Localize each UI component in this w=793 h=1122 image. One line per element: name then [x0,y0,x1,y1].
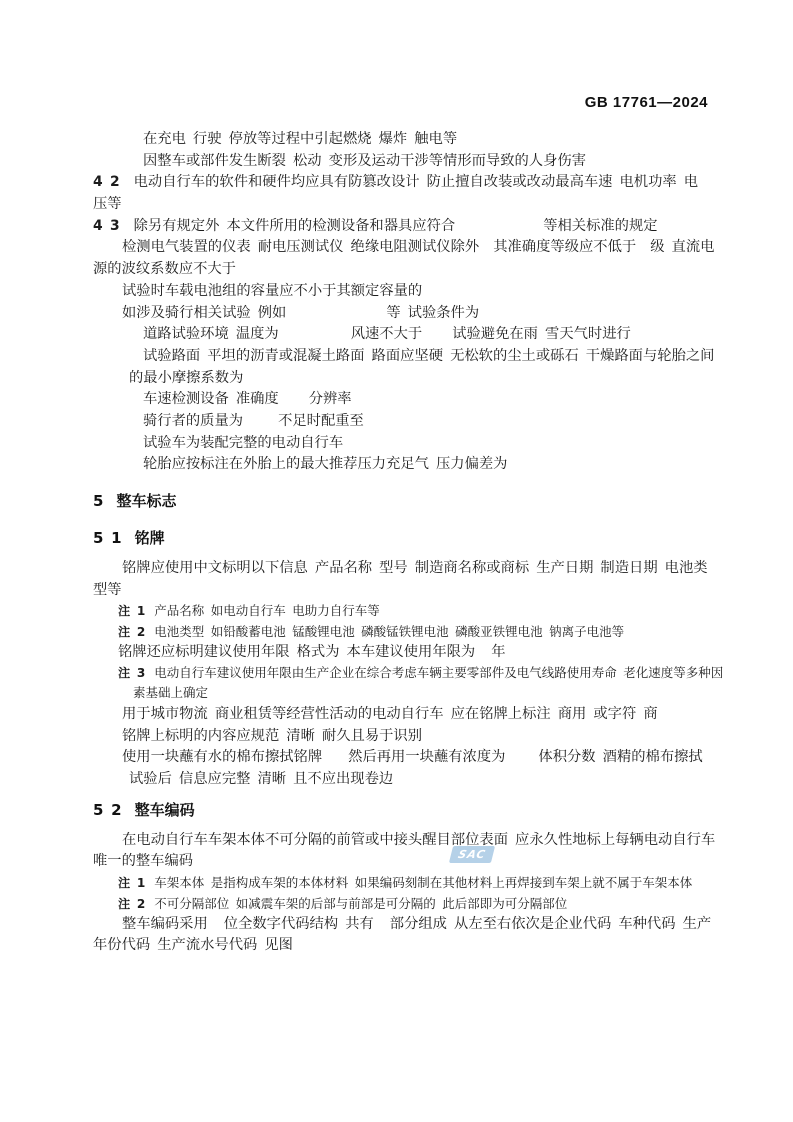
sac-watermark: SAC [449,846,495,863]
text-segment: 注 2 [118,897,145,911]
text-segment: 铭牌应使用中文标明以下信息 产品名称 型号 制造商名称或商标 生产日期 制造日期… [122,560,708,576]
text-segment: 电动自行车建议使用年限由生产企业在综合考虑车辆主要零部件及电气线路使用寿命 老化… [154,665,723,680]
text-line: 的最小摩擦系数为 [129,368,709,390]
text-line: 试验后 信息应完整 清晰 且不应出现卷边 [129,769,709,791]
redacted-value-gap [208,927,224,928]
text-line: 道路试验环境 温度为风速不大于试验避免在雨 雪天气时进行 [143,324,709,346]
text-segment: 其准确度等级应不低于 [493,239,636,255]
redacted-value-gap [279,337,351,338]
text-line: 唯一的整车编码 [93,851,709,873]
text-segment: 体积分数 酒精的棉布擦拭 [538,749,702,765]
section-heading: 5整车标志 [93,490,709,512]
text-segment: 电动自行车的软件和硬件均应具有防篡改设计 防止擅自改装或改动最高车速 电机功率 … [134,174,698,190]
text-segment: 试验避免在雨 雪天气时进行 [452,326,631,342]
text-segment: 唯一的整车编码 [93,853,193,869]
text-segment: 分辨率 [309,391,352,407]
text-segment: 4 2 [93,174,120,190]
text-segment: 注 3 [118,666,145,680]
redacted-value-gap [120,229,134,230]
text-segment: 因整车或部件发生断裂 松动 变形及运动干涉等情形而导致的人身伤害 [143,153,586,169]
text-segment: 试验时车载电池组的容量应不小于其额定容量的 [122,283,422,299]
text-line: 注 1产品名称 如电动自行车 电助力自行车等 [118,601,709,622]
text-segment: 的最小摩擦系数为 [129,370,243,386]
text-segment: 风速不大于 [351,326,422,342]
text-segment: 注 1 [118,876,145,890]
text-segment: 素基础上确定 [133,685,208,700]
redacted-value-gap [145,614,154,615]
redacted-value-gap [145,635,154,636]
text-segment: 不可分隔部位 如减震车架的后部与前部是可分隔的 此后部即为可分隔部位 [154,896,567,911]
text-line: 试验时车载电池组的容量应不小于其额定容量的 [122,281,709,303]
text-line: 车速检测设备 准确度分辨率 [143,389,709,411]
text-segment: 轮胎应按标注在外胎上的最大推荐压力充足气 压力偏差为 [143,456,507,472]
section-heading: 5 2整车编码 [93,799,709,821]
text-segment: 除另有规定外 本文件所用的检测设备和器具应符合 [134,218,456,234]
text-segment: 产品名称 如电动自行车 电助力自行车等 [154,603,379,618]
redacted-value-gap [279,402,309,403]
text-segment: 5 [93,492,103,510]
section-heading: 5 1铭牌 [93,527,709,549]
text-segment: 位全数字代码结构 共有 [224,916,374,932]
redacted-value-gap [479,250,493,251]
redacted-value-gap [374,927,390,928]
text-line: 源的波纹系数应不大于 [93,259,709,281]
standard-document-page: GB 17761—2024 在充电 行驶 停放等过程中引起燃烧 爆炸 触电等因整… [0,0,793,1122]
text-segment: 用于城市物流 商业租赁等经营性活动的电动自行车 应在铭牌上标注 商用 或字符 商 [122,706,658,722]
text-line: 注 2电池类型 如铅酸蓄电池 锰酸锂电池 磷酸锰铁锂电池 磷酸亚铁锂电池 钠离子… [118,622,709,643]
text-line: 因整车或部件发生断裂 松动 变形及运动干涉等情形而导致的人身伤害 [143,151,709,173]
text-line: 整车编码采用位全数字代码结构 共有部分组成 从左至右依次是企业代码 车种代码 生… [122,914,709,935]
text-segment: 试验车为装配完整的电动自行车 [143,435,343,451]
redacted-value-gap [636,250,650,251]
redacted-value-gap [122,814,135,815]
text-segment: 骑行者的质量为 [143,413,243,429]
text-line: 铭牌还应标明建议使用年限 格式为 本车建议使用年限为年 [118,642,709,663]
standard-code-header: GB 17761—2024 [585,94,708,111]
text-line: 年份代码 生产流水号代码 见图 [93,935,709,957]
redacted-value-gap [145,907,154,908]
text-line: 铭牌上标明的内容应规范 清晰 耐久且易于识别 [122,726,709,748]
text-segment: 使用一块蘸有水的棉布擦拭铭牌 [122,749,322,765]
redacted-value-gap [505,760,538,761]
text-segment: 年 [491,644,505,660]
redacted-value-gap [145,886,154,887]
text-segment: 压等 [93,196,122,212]
text-line: 压等 [93,194,709,216]
sac-watermark-label: SAC [457,849,487,860]
text-segment: 5 2 [93,801,122,819]
text-segment: 整车编码 [135,801,195,819]
text-line: 用于城市物流 商业租赁等经营性活动的电动自行车 应在铭牌上标注 商用 或字符 商 [122,704,709,726]
text-segment: 4 3 [93,218,120,234]
text-line: 4 2电动自行车的软件和硬件均应具有防篡改设计 防止擅自改装或改动最高车速 电机… [93,172,709,194]
redacted-value-gap [455,229,543,230]
text-segment: 注 2 [118,625,145,639]
text-line: 使用一块蘸有水的棉布擦拭铭牌然后再用一块蘸有浓度为体积分数 酒精的棉布擦拭 [122,747,709,769]
text-line: 注 1车架本体 是指构成车架的本体材料 如果编码刻制在其他材料上再焊接到车架上就… [118,873,709,894]
text-segment: 试验后 信息应完整 清晰 且不应出现卷边 [129,771,393,787]
text-segment: 铭牌上标明的内容应规范 清晰 耐久且易于识别 [122,728,422,744]
text-line: 注 3电动自行车建议使用年限由生产企业在综合考虑车辆主要零部件及电气线路使用寿命… [118,663,709,684]
text-segment: 道路试验环境 温度为 [143,326,279,342]
text-segment: 电池类型 如铅酸蓄电池 锰酸锂电池 磷酸锰铁锂电池 磷酸亚铁锂电池 钠离子电池等 [154,624,624,639]
text-segment: 等相关标准的规定 [543,218,657,234]
text-segment: 整车编码采用 [122,916,208,932]
text-line: 轮胎应按标注在外胎上的最大推荐压力充足气 压力偏差为 [143,454,709,476]
text-segment: 部分组成 从左至右依次是企业代码 车种代码 生产 [390,916,711,932]
redacted-value-gap [103,505,116,506]
text-segment: 然后再用一块蘸有浓度为 [348,749,505,765]
text-line: 如涉及骑行相关试验 例如等 试验条件为 [122,303,709,325]
text-segment: 整车标志 [116,492,176,510]
text-line: 铭牌应使用中文标明以下信息 产品名称 型号 制造商名称或商标 生产日期 制造日期… [122,558,709,580]
text-line: 检测电气装置的仪表 耐电压测试仪 绝缘电阻测试仪除外其准确度等级应不低于级 直流… [122,237,709,259]
text-segment: 铭牌 [135,529,165,547]
text-segment: 等 试验条件为 [386,305,479,321]
redacted-value-gap [475,655,491,656]
document-body: 在充电 行驶 停放等过程中引起燃烧 爆炸 触电等因整车或部件发生断裂 松动 变形… [93,129,709,956]
text-segment: 型等 [93,582,122,598]
text-segment: 不足时配重至 [278,413,364,429]
text-line: 型等 [93,580,709,602]
text-line: 注 2不可分隔部位 如减震车架的后部与前部是可分隔的 此后部即为可分隔部位 [118,894,709,915]
text-segment: 5 1 [93,529,122,547]
text-segment: 车速检测设备 准确度 [143,391,279,407]
text-segment: 试验路面 平坦的沥青或混凝土路面 路面应坚硬 无松软的尘土或砾石 干燥路面与轮胎… [143,348,714,364]
text-segment: 检测电气装置的仪表 耐电压测试仪 绝缘电阻测试仪除外 [122,239,479,255]
text-segment: 注 1 [118,604,145,618]
text-line: 4 3除另有规定外 本文件所用的检测设备和器具应符合等相关标准的规定 [93,216,709,238]
text-segment: 级 直流电 [650,239,714,255]
redacted-value-gap [120,185,134,186]
text-line: 试验车为装配完整的电动自行车 [143,433,709,455]
text-segment: 车架本体 是指构成车架的本体材料 如果编码刻制在其他材料上再焊接到车架上就不属于… [154,875,692,890]
text-line: 试验路面 平坦的沥青或混凝土路面 路面应坚硬 无松软的尘土或砾石 干燥路面与轮胎… [143,346,709,368]
text-segment: 在充电 行驶 停放等过程中引起燃烧 爆炸 触电等 [143,131,457,147]
text-line: 在电动自行车车架本体不可分隔的前管或中接头醒目部位表面 应永久性地标上每辆电动自… [122,830,709,852]
text-line: 在充电 行驶 停放等过程中引起燃烧 爆炸 触电等 [143,129,709,151]
redacted-value-gap [122,542,135,543]
text-line: 骑行者的质量为不足时配重至 [143,411,709,433]
text-segment: 年份代码 生产流水号代码 见图 [93,937,293,953]
text-segment: 源的波纹系数应不大于 [93,261,236,277]
text-line: 素基础上确定 [133,683,709,704]
redacted-value-gap [243,424,278,425]
text-segment: 铭牌还应标明建议使用年限 格式为 本车建议使用年限为 [118,644,475,660]
redacted-value-gap [322,760,348,761]
redacted-value-gap [286,316,386,317]
redacted-value-gap [422,337,452,338]
text-segment: 在电动自行车车架本体不可分隔的前管或中接头醒目部位表面 应永久性地标上每辆电动自… [122,832,715,848]
redacted-value-gap [145,676,154,677]
text-segment: 如涉及骑行相关试验 例如 [122,305,286,321]
